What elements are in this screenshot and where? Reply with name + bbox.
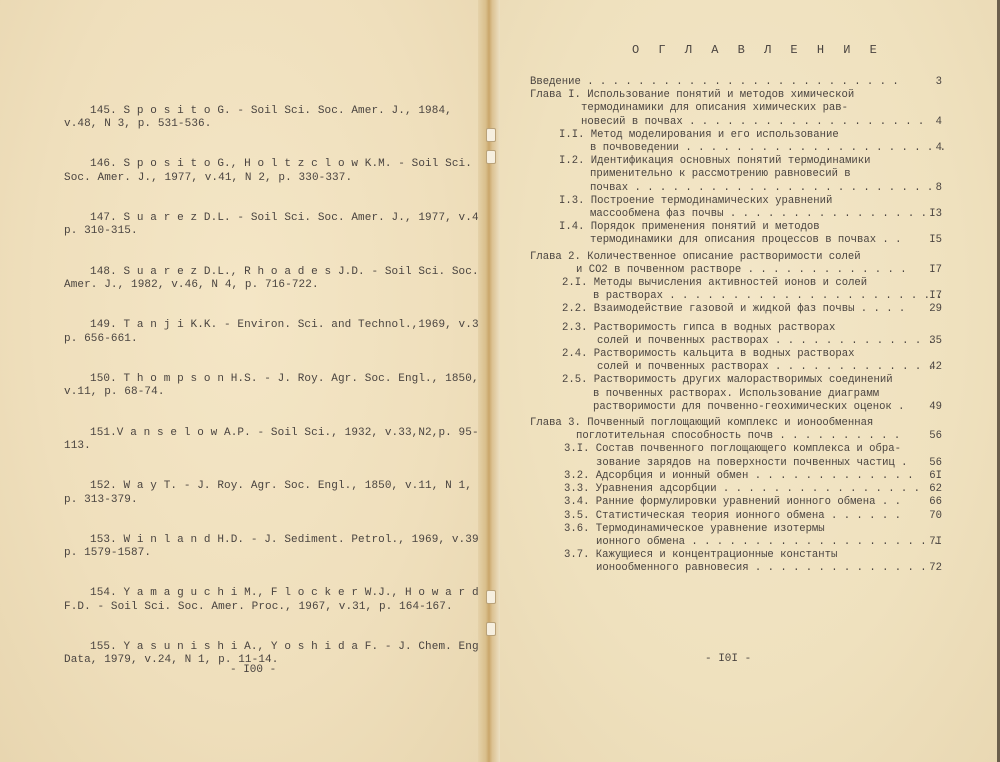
toc-entry: 2.5. Растворимость других малорастворимы… [530, 374, 930, 387]
reference-item: 150. T h o m p s o n H.S. - J. Roy. Agr.… [64, 373, 464, 400]
toc-entry: 3.4. Ранние формулировки уравнений ионно… [530, 496, 930, 509]
toc-entry: Глава 2. Количественное описание раствор… [530, 251, 930, 264]
binding-staple [486, 590, 496, 604]
binding-staple [486, 622, 496, 636]
toc-entry: I.4. Порядок применения понятий и методо… [530, 221, 930, 234]
toc-page: 8 [936, 182, 942, 195]
toc-entry-cont: ионообменного равновесия . . . . . . . .… [530, 562, 930, 575]
toc-entry-cont: в растворах . . . . . . . . . . . . . . … [530, 290, 930, 303]
reference-item: 154. Y a m a g u c h i M., F l o c k e r… [64, 587, 464, 614]
book-gutter [478, 0, 500, 762]
toc-page: 6I [929, 470, 942, 483]
toc-page: 56 [929, 430, 942, 443]
toc-entry-cont: зование зарядов на поверхности почвенных… [530, 457, 930, 470]
toc-entry-cont: массообмена фаз почвы . . . . . . . . . … [530, 208, 930, 221]
toc-entry: 3.I. Состав почвенного поглощающего комп… [530, 443, 930, 456]
toc-entry: 2.4. Растворимость кальцита в водных рас… [530, 348, 930, 361]
toc-entry-cont: солей и почвенных растворах . . . . . . … [530, 361, 930, 374]
toc-entry: I.2. Идентификация основных понятий терм… [530, 155, 930, 168]
toc-entry-cont: в почвоведении . . . . . . . . . . . . .… [530, 142, 930, 155]
toc-entry: Введение . . . . . . . . . . . . . . . .… [530, 76, 930, 89]
toc-entry: I.3. Построение термодинамических уравне… [530, 195, 930, 208]
toc-entry-cont: поглотительная способность почв . . . . … [530, 430, 930, 443]
toc-entry-cont: солей и почвенных растворах . . . . . . … [530, 335, 930, 348]
toc-entry: 3.6. Термодинамическое уравнение изотерм… [530, 523, 930, 536]
reference-item: 151.V a n s e l o w A.P. - Soil Sci., 19… [64, 427, 464, 454]
reference-item: 152. W a y T. - J. Roy. Agr. Soc. Engl.,… [64, 480, 464, 507]
toc-page: 62 [929, 483, 942, 496]
toc-page: I7 [929, 290, 942, 303]
toc-page: 4 [936, 142, 942, 155]
binding-staple [486, 150, 496, 164]
reference-item: 147. S u a r e z D.L. - Soil Sci. Soc. A… [64, 212, 464, 239]
toc-entry: 2.2. Взаимодействие газовой и жидкой фаз… [530, 303, 930, 316]
toc-entry: I.I. Метод моделирования и его использов… [530, 129, 930, 142]
toc-entry: Глава 3. Почвенный поглощающий комплекс … [530, 417, 930, 430]
reference-list: 145. S p o s i t o G. - Soil Sci. Soc. A… [64, 78, 464, 695]
toc-entry-cont: термодинамики для описания процессов в п… [530, 234, 930, 247]
toc-entry-cont: термодинамики для описания химических ра… [530, 102, 930, 115]
toc-page: 66 [929, 496, 942, 509]
reference-item: 145. S p o s i t o G. - Soil Sci. Soc. A… [64, 105, 464, 132]
toc-page: 49 [929, 401, 942, 414]
toc-entry-cont: применительно к рассмотрению равновесий … [530, 168, 930, 181]
reference-item: 149. T a n j i K.K. - Environ. Sci. and … [64, 319, 464, 346]
toc-entry: 3.7. Кажущиеся и концентрационные конста… [530, 549, 930, 562]
toc-entry: 2.3. Растворимость гипса в водных раство… [530, 322, 930, 335]
toc-page: 72 [929, 562, 942, 575]
toc-entry-cont: новесий в почвах . . . . . . . . . . . .… [530, 116, 930, 129]
toc-entry: Глава I. Использование понятий и методов… [530, 89, 930, 102]
page-number-right: - I0I - [705, 653, 751, 665]
toc-page: 70 [929, 510, 942, 523]
reference-item: 153. W i n l a n d H.D. - J. Sediment. P… [64, 534, 464, 561]
toc-entry-cont: растворимости для почвенно-геохимических… [530, 401, 930, 414]
toc-entry: 3.3. Уравнения адсорбции . . . . . . . .… [530, 483, 930, 496]
toc-page: 56 [929, 457, 942, 470]
toc-entry: 3.2. Адсорбция и ионный обмен . . . . . … [530, 470, 930, 483]
binding-staple [486, 128, 496, 142]
reference-item: 146. S p o s i t o G., H o l t z c l o w… [64, 158, 464, 185]
toc-page: 29 [929, 303, 942, 316]
toc-page: I3 [929, 208, 942, 221]
toc-page: 4 [936, 116, 942, 129]
toc-entry-cont: в почвенных растворах. Использование диа… [530, 388, 930, 401]
toc-page: I7 [929, 264, 942, 277]
reference-item: 148. S u a r e z D.L., R h o a d e s J.D… [64, 266, 464, 293]
toc-page: 3 [936, 76, 942, 89]
toc-entry-cont: и CO2 в почвенном растворе . . . . . . .… [530, 264, 930, 277]
toc-entry: 3.5. Статистическая теория ионного обмен… [530, 510, 930, 523]
toc-page: I5 [929, 234, 942, 247]
table-of-contents: Введение . . . . . . . . . . . . . . . .… [530, 76, 930, 576]
toc-entry-cont: почвах . . . . . . . . . . . . . . . . .… [530, 182, 930, 195]
toc-page: 7I [929, 536, 942, 549]
page-number-left: - I00 - [230, 664, 276, 676]
left-page: 145. S p o s i t o G. - Soil Sci. Soc. A… [0, 0, 484, 762]
toc-entry: 2.I. Методы вычисления активностей ионов… [530, 277, 930, 290]
toc-title: О Г Л А В Л Е Н И Е [632, 43, 883, 57]
toc-page: 35 [929, 335, 942, 348]
toc-page: 42 [929, 361, 942, 374]
toc-entry-cont: ионного обмена . . . . . . . . . . . . .… [530, 536, 930, 549]
